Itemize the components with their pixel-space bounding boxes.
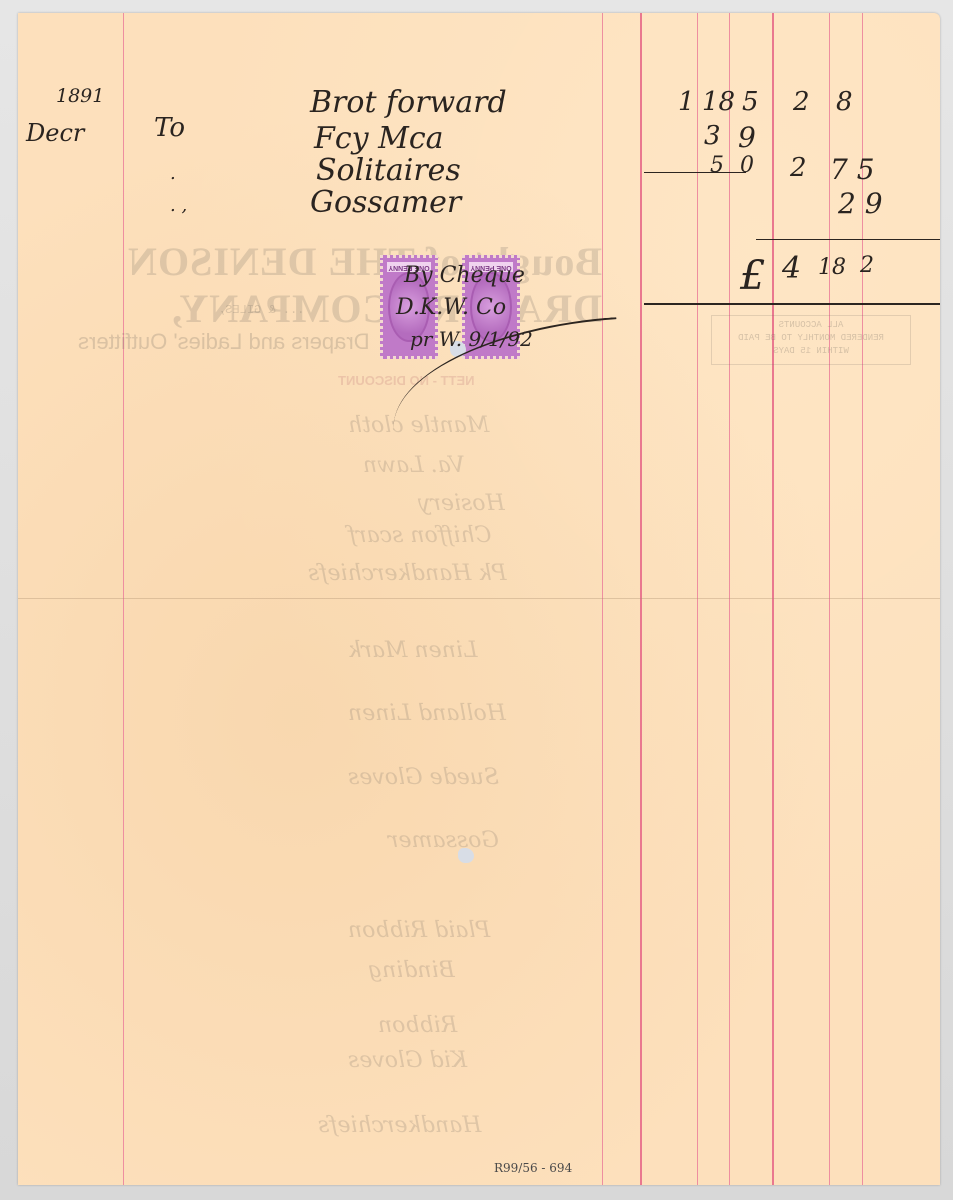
item-pounds: 1 [678,87,695,117]
column-rule [772,13,774,1185]
bleed-through-accounts-box: ALL ACCOUNTS RENDERED MONTHLY TO BE PAID… [711,315,911,365]
archive-reference: R99/56 - 694 [494,1161,572,1175]
currency-symbol: £ [740,253,765,299]
to-marker: To [154,113,185,143]
bleed-item: Suede Gloves [348,765,499,790]
annotation-line: By Cheque [404,263,525,288]
item-total-shillings: 2 [793,87,810,117]
bleed-item: Ribbon [378,1013,457,1038]
item-shillings: 3 [704,121,721,151]
month: Decr [26,119,84,147]
bleed-item: Gossamer [388,828,499,853]
bleed-through-tagline: Drapers and Ladies' Outfitters [78,329,370,355]
item-description: Gossamer [310,185,461,220]
total-pounds: 4 [782,251,801,286]
paper-hole [458,848,474,863]
total-shillings: 18 [818,255,846,280]
bleed-item: Chiffon scarf [348,523,491,548]
accounts-line: WITHIN 15 DAYS [712,345,910,358]
bleed-item: Linen Mark [348,638,478,663]
bleed-item: Kid Gloves [348,1048,467,1073]
ditto-mark: . , [170,195,187,216]
item-description: Solitaires [316,153,461,188]
margin-rule [123,13,124,1185]
total-bottom-rule [644,303,940,305]
column-rule [602,13,603,1185]
accounts-line: RENDERED MONTHLY TO BE PAID [712,332,910,345]
column-rule [729,13,730,1185]
year: 1891 [56,85,104,107]
bleed-item: Hosiery [418,491,505,516]
subtotal-underline [644,172,746,173]
invoice-paper: Bought of THE DENISON DRAPERY COMPANY, .… [18,13,940,1185]
bleed-item: Pk Handkerchiefs [308,561,507,586]
item-total-pence: 7 5 [830,153,875,186]
item-pence: 5 [742,87,759,117]
ditto-mark: . [170,163,176,184]
bleed-item: Binding [368,958,455,983]
total-top-rule [756,239,940,240]
item-total-pence: 2 9 [838,187,883,220]
item-shillings: 18 [702,87,735,117]
item-total-pence: 8 [836,87,853,117]
bleed-item: Plaid Ribbon [348,918,490,943]
column-rule [697,13,698,1185]
item-shillings: 5 [710,153,724,178]
column-rule [829,13,830,1185]
fold-crease [18,598,940,599]
annotation-line: D.K.W. Co [396,295,506,320]
bleed-item: Va. Lawn [363,453,465,478]
item-description: Brot forward [310,85,507,120]
item-description: Fcy Mca [314,121,444,156]
accounts-line: ALL ACCOUNTS [712,319,910,332]
column-rule [640,13,642,1185]
item-pence: 9 [738,121,756,154]
total-pence: 2 [860,253,874,278]
item-total-shillings: 2 [790,153,807,183]
item-pence: 0 [740,153,754,178]
bleed-item: Holland Linen [348,701,506,726]
bleed-item: Handkerchiefs [318,1113,481,1138]
bleed-through-subline: ... & GILES, [218,303,304,317]
